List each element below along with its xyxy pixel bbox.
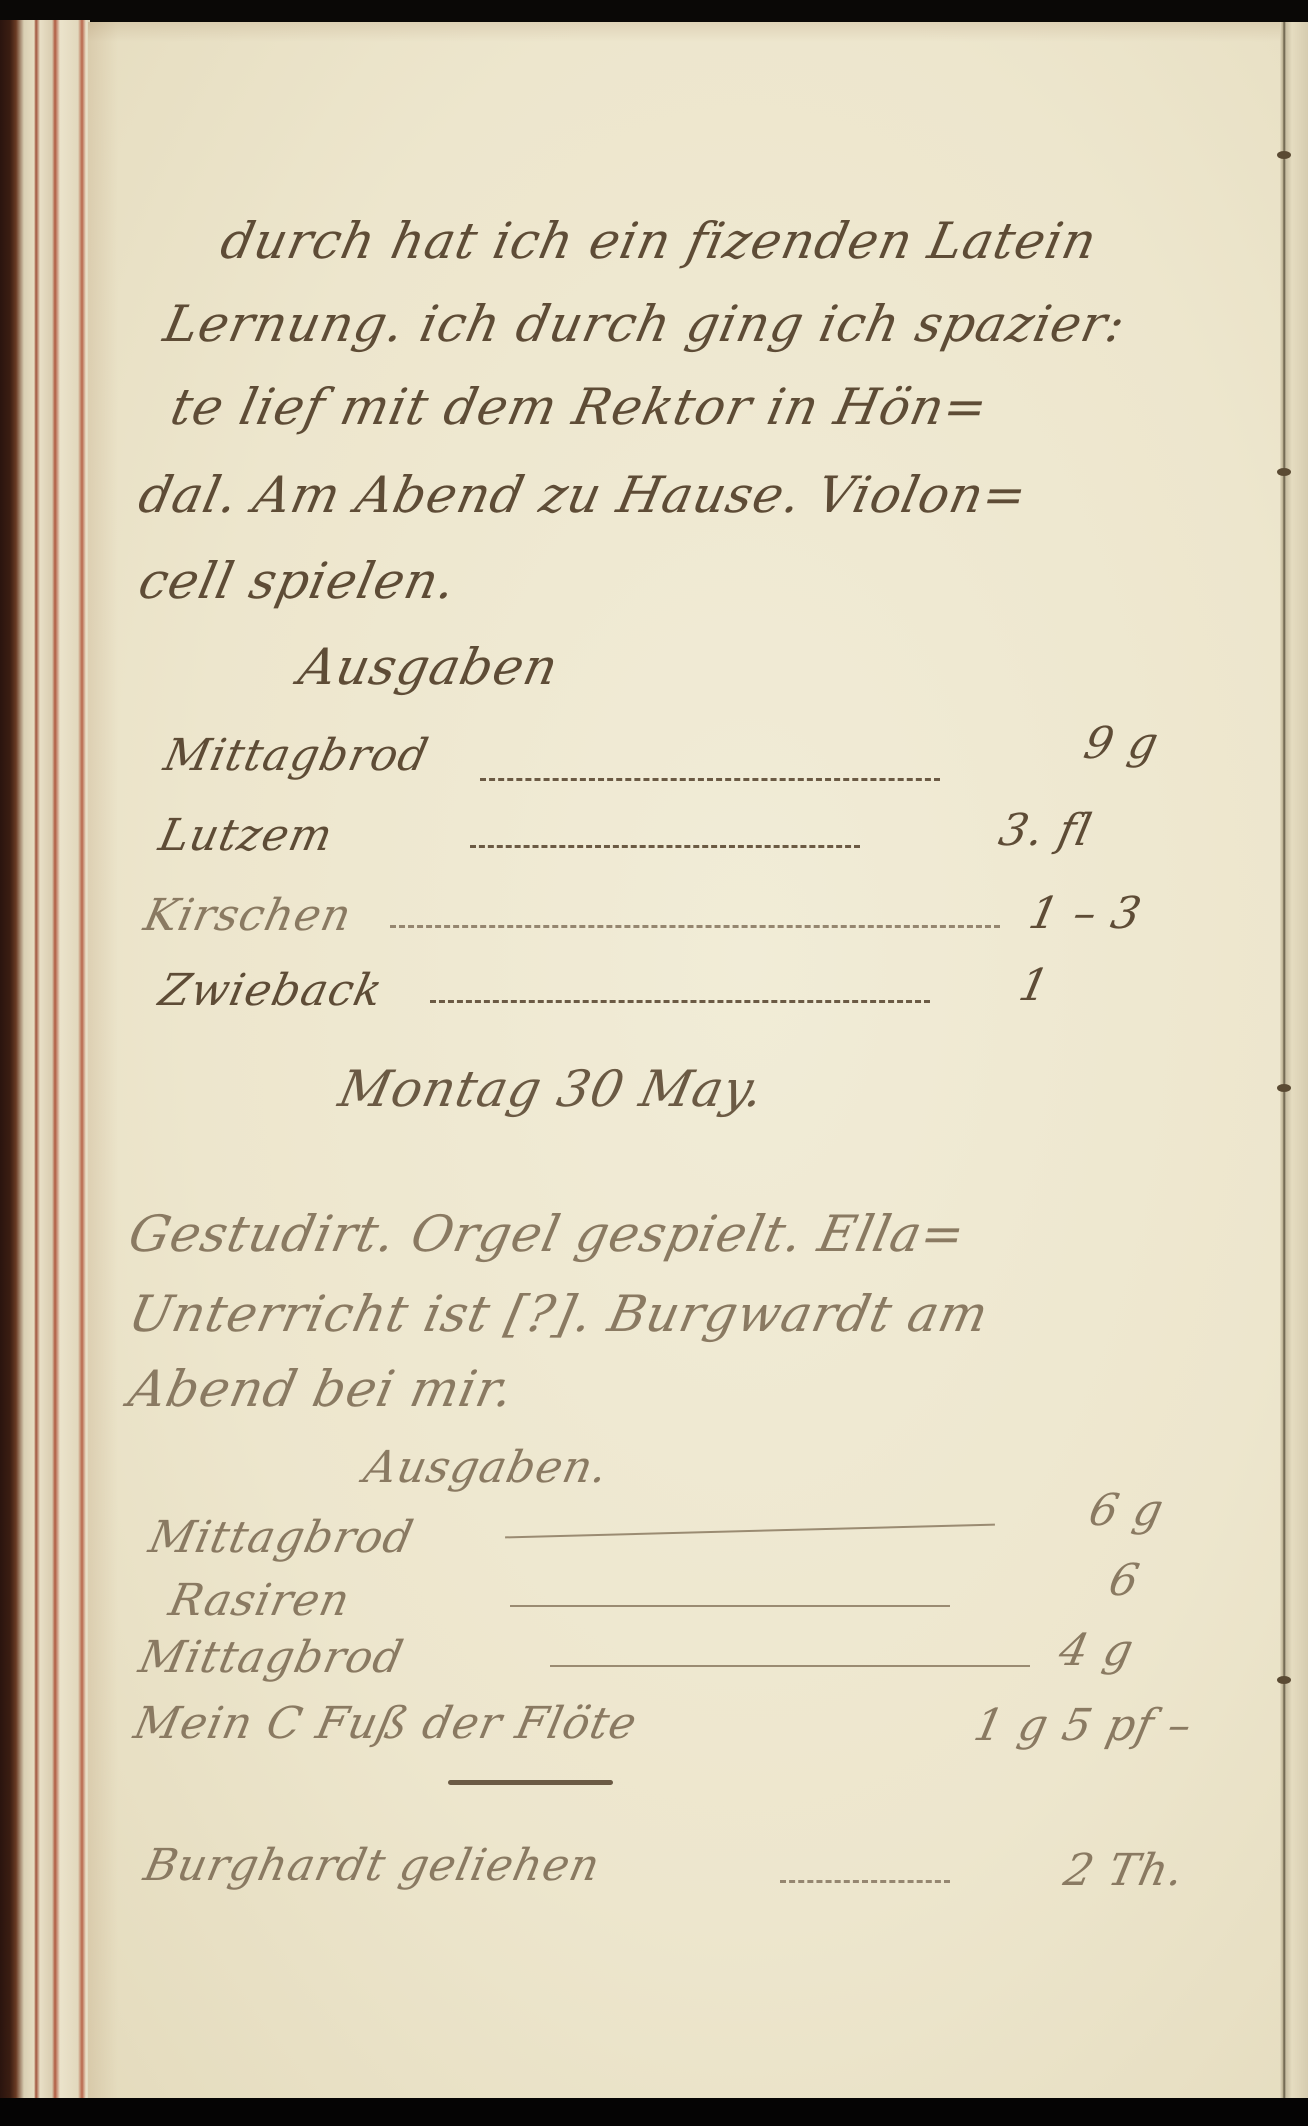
leader-line	[510, 1605, 950, 1607]
expense-label: Zwieback	[155, 965, 388, 1016]
expense-amount: 6 g	[1085, 1485, 1169, 1536]
expense-label: Mittagbrod	[160, 730, 434, 781]
expense-amount: 1 – 3	[1025, 888, 1147, 939]
separator-stroke	[448, 1780, 613, 1785]
leader-dots	[470, 845, 860, 848]
scan-bottom-border	[0, 2098, 1308, 2126]
leader-dots	[480, 778, 940, 781]
entry2-line: Abend bei mir.	[124, 1360, 519, 1418]
leader-dots	[780, 1880, 950, 1883]
entry2-line: Gestudirt. Orgel gespielt. Ella=	[124, 1205, 971, 1263]
expenses-heading: Ausgaben	[294, 638, 564, 696]
expense-label: Mittagbrod	[145, 1512, 419, 1563]
expense-amount: 1 g 5 pf –	[970, 1700, 1197, 1751]
loan-amount: 2 Th.	[1060, 1845, 1189, 1896]
leader-dots	[430, 1000, 930, 1003]
expense-label: Mein C Fuß der Flöte	[130, 1698, 642, 1749]
expense-label: Lutzem	[155, 810, 338, 861]
expense-amount: 4 g	[1055, 1625, 1139, 1676]
binding-stitch	[1277, 468, 1291, 476]
binding-stitch	[1277, 1084, 1291, 1092]
expense-label: Kirschen	[140, 890, 357, 941]
expense-label: Mittagbrod	[135, 1632, 409, 1683]
book-fore-edge	[0, 20, 90, 2100]
entry1-line: durch hat ich ein fizenden Latein	[216, 212, 1103, 270]
entry1-line: Lernung. ich durch ging ich spazier:	[159, 295, 1131, 353]
leader-dots	[390, 925, 1000, 928]
entry-date: Montag 30 May.	[334, 1060, 770, 1118]
expense-label: Rasiren	[165, 1575, 355, 1626]
book-gutter	[1280, 22, 1308, 2100]
expense-amount: 3. fl	[995, 805, 1097, 856]
expense-amount: 9 g	[1080, 718, 1164, 769]
entry1-line: dal. Am Abend zu Hause. Violon=	[134, 466, 1033, 524]
binding-stitch	[1277, 151, 1291, 159]
expenses-heading: Ausgaben.	[360, 1442, 613, 1493]
entry2-line: Unterricht ist [?]. Burgwardt am	[124, 1285, 994, 1343]
loan-label: Burghardt geliehen	[140, 1840, 605, 1891]
scan-top-border	[0, 0, 1308, 24]
binding-stitch	[1277, 1676, 1291, 1684]
entry1-line: cell spielen.	[134, 552, 462, 610]
leader-line	[550, 1665, 1030, 1667]
entry1-line: te lief mit dem Rektor in Hön=	[166, 378, 994, 436]
